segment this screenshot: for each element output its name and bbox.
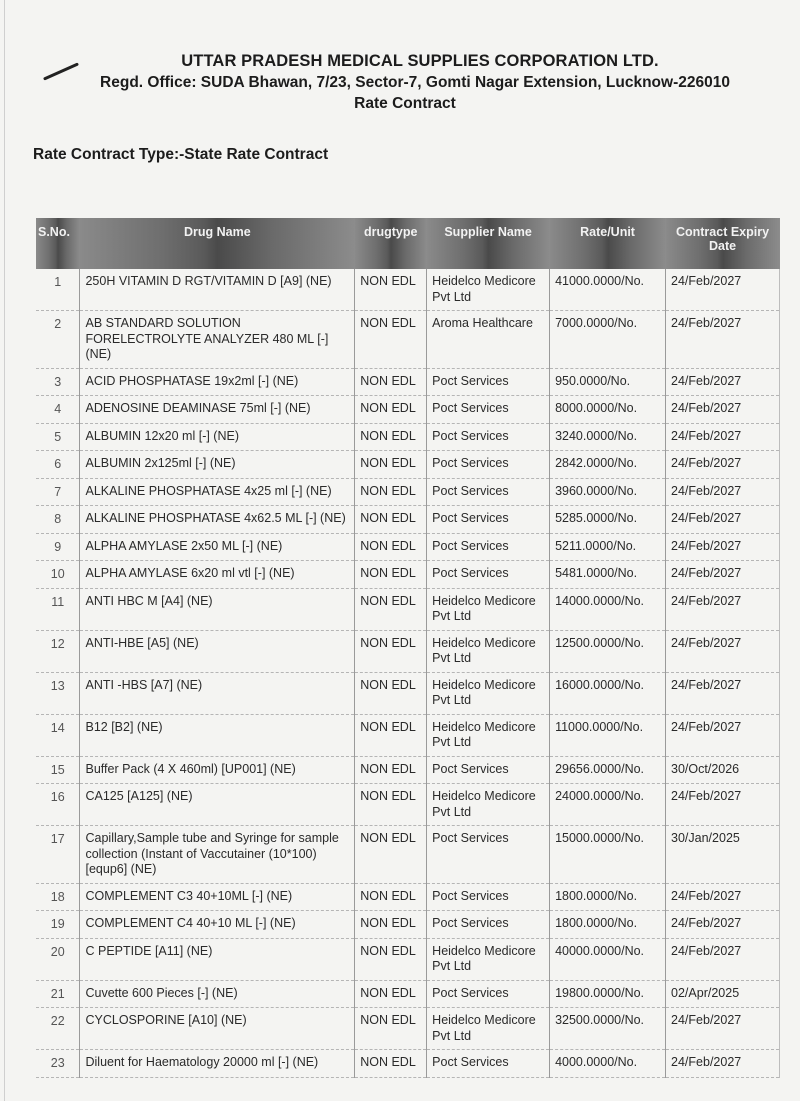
- cell-drugtype: NON EDL: [355, 506, 427, 534]
- cell-expiry: 24/Feb/2027: [666, 784, 780, 826]
- cell-supplier: Poct Services: [427, 1050, 550, 1078]
- cell-supplier: Heidelco Medicore Pvt Ltd: [427, 588, 550, 630]
- cell-expiry: 24/Feb/2027: [666, 368, 780, 396]
- cell-sno: 7: [36, 478, 80, 506]
- cell-drug-name: ANTI -HBS [A7] (NE): [80, 672, 355, 714]
- cell-supplier: Poct Services: [427, 533, 550, 561]
- cell-supplier: Heidelco Medicore Pvt Ltd: [427, 269, 550, 311]
- cell-rate: 8000.0000/No.: [550, 396, 666, 424]
- cell-drugtype: NON EDL: [355, 756, 427, 784]
- cell-drugtype: NON EDL: [355, 784, 427, 826]
- cell-supplier: Heidelco Medicore Pvt Ltd: [427, 714, 550, 756]
- cell-drug-name: ACID PHOSPHATASE 19x2ml [-] (NE): [80, 368, 355, 396]
- cell-expiry: 24/Feb/2027: [666, 630, 780, 672]
- cell-drug-name: ALBUMIN 12x20 ml [-] (NE): [80, 423, 355, 451]
- cell-drugtype: NON EDL: [355, 826, 427, 884]
- cell-supplier: Heidelco Medicore Pvt Ltd: [427, 938, 550, 980]
- cell-supplier: Aroma Healthcare: [427, 311, 550, 369]
- cell-expiry: 24/Feb/2027: [666, 269, 780, 311]
- cell-drugtype: NON EDL: [355, 588, 427, 630]
- table-row: 11ANTI HBC M [A4] (NE)NON EDLHeidelco Me…: [36, 588, 780, 630]
- cell-expiry: 24/Feb/2027: [666, 423, 780, 451]
- table-row: 6ALBUMIN 2x125ml [-] (NE)NON EDLPoct Ser…: [36, 451, 780, 479]
- cell-drug-name: 250H VITAMIN D RGT/VITAMIN D [A9] (NE): [80, 269, 355, 311]
- cell-expiry: 24/Feb/2027: [666, 561, 780, 589]
- cell-rate: 1800.0000/No.: [550, 911, 666, 939]
- cell-sno: 9: [36, 533, 80, 561]
- cell-supplier: Heidelco Medicore Pvt Ltd: [427, 672, 550, 714]
- cell-supplier: Poct Services: [427, 451, 550, 479]
- cell-sno: 12: [36, 630, 80, 672]
- cell-supplier: Poct Services: [427, 883, 550, 911]
- cell-sno: 3: [36, 368, 80, 396]
- cell-sno: 15: [36, 756, 80, 784]
- cell-supplier: Poct Services: [427, 506, 550, 534]
- table-row: 9ALPHA AMYLASE 2x50 ML [-] (NE)NON EDLPo…: [36, 533, 780, 561]
- table-row: 10ALPHA AMYLASE 6x20 ml vtl [-] (NE)NON …: [36, 561, 780, 589]
- cell-drug-name: Cuvette 600 Pieces [-] (NE): [80, 980, 355, 1008]
- cell-supplier: Heidelco Medicore Pvt Ltd: [427, 1008, 550, 1050]
- table-row: 7ALKALINE PHOSPHATASE 4x25 ml [-] (NE)NO…: [36, 478, 780, 506]
- cell-sno: 18: [36, 883, 80, 911]
- document-header: UTTAR PRADESH MEDICAL SUPPLIES CORPORATI…: [0, 52, 800, 113]
- cell-sno: 2: [36, 311, 80, 369]
- cell-rate: 16000.0000/No.: [550, 672, 666, 714]
- cell-rate: 950.0000/No.: [550, 368, 666, 396]
- document-title: Rate Contract: [10, 95, 800, 113]
- column-header-supplier: Supplier Name: [427, 218, 550, 269]
- cell-rate: 32500.0000/No.: [550, 1008, 666, 1050]
- cell-drug-name: Diluent for Haematology 20000 ml [-] (NE…: [80, 1050, 355, 1078]
- table-row: 3ACID PHOSPHATASE 19x2ml [-] (NE)NON EDL…: [36, 368, 780, 396]
- cell-drugtype: NON EDL: [355, 423, 427, 451]
- column-header-sno: S.No.: [36, 218, 80, 269]
- cell-sno: 20: [36, 938, 80, 980]
- cell-rate: 14000.0000/No.: [550, 588, 666, 630]
- cell-expiry: 24/Feb/2027: [666, 714, 780, 756]
- table-row: 17Capillary,Sample tube and Syringe for …: [36, 826, 780, 884]
- cell-expiry: 24/Feb/2027: [666, 478, 780, 506]
- cell-supplier: Poct Services: [427, 911, 550, 939]
- cell-rate: 15000.0000/No.: [550, 826, 666, 884]
- cell-rate: 24000.0000/No.: [550, 784, 666, 826]
- cell-rate: 4000.0000/No.: [550, 1050, 666, 1078]
- cell-sno: 23: [36, 1050, 80, 1078]
- contract-type: Rate Contract Type:-State Rate Contract: [33, 146, 328, 164]
- table-row: 2AB STANDARD SOLUTION FORELECTROLYTE ANA…: [36, 311, 780, 369]
- cell-rate: 7000.0000/No.: [550, 311, 666, 369]
- cell-expiry: 24/Feb/2027: [666, 451, 780, 479]
- cell-rate: 5285.0000/No.: [550, 506, 666, 534]
- cell-drug-name: Capillary,Sample tube and Syringe for sa…: [80, 826, 355, 884]
- cell-drug-name: ALBUMIN 2x125ml [-] (NE): [80, 451, 355, 479]
- table-row: 5ALBUMIN 12x20 ml [-] (NE)NON EDLPoct Se…: [36, 423, 780, 451]
- cell-drugtype: NON EDL: [355, 478, 427, 506]
- cell-drugtype: NON EDL: [355, 630, 427, 672]
- table-row: 12ANTI-HBE [A5] (NE)NON EDLHeidelco Medi…: [36, 630, 780, 672]
- cell-rate: 3240.0000/No.: [550, 423, 666, 451]
- cell-drug-name: ALPHA AMYLASE 2x50 ML [-] (NE): [80, 533, 355, 561]
- cell-drug-name: ANTI-HBE [A5] (NE): [80, 630, 355, 672]
- organization-name: UTTAR PRADESH MEDICAL SUPPLIES CORPORATI…: [40, 52, 800, 71]
- cell-drugtype: NON EDL: [355, 714, 427, 756]
- cell-expiry: 24/Feb/2027: [666, 311, 780, 369]
- cell-drug-name: CA125 [A125] (NE): [80, 784, 355, 826]
- cell-rate: 11000.0000/No.: [550, 714, 666, 756]
- cell-expiry: 24/Feb/2027: [666, 672, 780, 714]
- cell-rate: 3960.0000/No.: [550, 478, 666, 506]
- table-row: 23Diluent for Haematology 20000 ml [-] (…: [36, 1050, 780, 1078]
- cell-supplier: Poct Services: [427, 423, 550, 451]
- cell-sno: 21: [36, 980, 80, 1008]
- table-row: 13ANTI -HBS [A7] (NE)NON EDLHeidelco Med…: [36, 672, 780, 714]
- column-header-drug-name: Drug Name: [80, 218, 355, 269]
- table-row: 15Buffer Pack (4 X 460ml) [UP001] (NE)NO…: [36, 756, 780, 784]
- cell-rate: 40000.0000/No.: [550, 938, 666, 980]
- cell-supplier: Poct Services: [427, 396, 550, 424]
- cell-drugtype: NON EDL: [355, 451, 427, 479]
- cell-drugtype: NON EDL: [355, 980, 427, 1008]
- table-row: 4ADENOSINE DEAMINASE 75ml [-] (NE)NON ED…: [36, 396, 780, 424]
- cell-supplier: Poct Services: [427, 478, 550, 506]
- cell-drugtype: NON EDL: [355, 1008, 427, 1050]
- table-row: 14B12 [B2] (NE)NON EDLHeidelco Medicore …: [36, 714, 780, 756]
- cell-drug-name: COMPLEMENT C4 40+10 ML [-] (NE): [80, 911, 355, 939]
- cell-expiry: 24/Feb/2027: [666, 911, 780, 939]
- cell-drug-name: ADENOSINE DEAMINASE 75ml [-] (NE): [80, 396, 355, 424]
- cell-drugtype: NON EDL: [355, 269, 427, 311]
- cell-drugtype: NON EDL: [355, 1050, 427, 1078]
- cell-supplier: Poct Services: [427, 561, 550, 589]
- cell-drug-name: ANTI HBC M [A4] (NE): [80, 588, 355, 630]
- column-header-drugtype: drugtype: [355, 218, 427, 269]
- cell-sno: 17: [36, 826, 80, 884]
- cell-expiry: 30/Jan/2025: [666, 826, 780, 884]
- cell-rate: 41000.0000/No.: [550, 269, 666, 311]
- cell-expiry: 24/Feb/2027: [666, 1050, 780, 1078]
- cell-drugtype: NON EDL: [355, 938, 427, 980]
- cell-expiry: 24/Feb/2027: [666, 506, 780, 534]
- cell-drug-name: CYCLOSPORINE [A10] (NE): [80, 1008, 355, 1050]
- cell-rate: 5481.0000/No.: [550, 561, 666, 589]
- cell-drug-name: AB STANDARD SOLUTION FORELECTROLYTE ANAL…: [80, 311, 355, 369]
- cell-sno: 16: [36, 784, 80, 826]
- office-address: Regd. Office: SUDA Bhawan, 7/23, Sector-…: [30, 74, 800, 92]
- cell-expiry: 02/Apr/2025: [666, 980, 780, 1008]
- cell-sno: 13: [36, 672, 80, 714]
- cell-drugtype: NON EDL: [355, 396, 427, 424]
- cell-rate: 29656.0000/No.: [550, 756, 666, 784]
- cell-sno: 4: [36, 396, 80, 424]
- cell-rate: 12500.0000/No.: [550, 630, 666, 672]
- cell-expiry: 24/Feb/2027: [666, 1008, 780, 1050]
- cell-rate: 1800.0000/No.: [550, 883, 666, 911]
- cell-expiry: 30/Oct/2026: [666, 756, 780, 784]
- table-row: 16CA125 [A125] (NE)NON EDLHeidelco Medic…: [36, 784, 780, 826]
- cell-drugtype: NON EDL: [355, 883, 427, 911]
- table-row: 20C PEPTIDE [A11] (NE)NON EDLHeidelco Me…: [36, 938, 780, 980]
- cell-supplier: Poct Services: [427, 756, 550, 784]
- cell-sno: 22: [36, 1008, 80, 1050]
- table-header-row: S.No. Drug Name drugtype Supplier Name R…: [36, 218, 780, 269]
- cell-drug-name: ALPHA AMYLASE 6x20 ml vtl [-] (NE): [80, 561, 355, 589]
- table-row: 19COMPLEMENT C4 40+10 ML [-] (NE)NON EDL…: [36, 911, 780, 939]
- cell-drug-name: ALKALINE PHOSPHATASE 4x62.5 ML [-] (NE): [80, 506, 355, 534]
- cell-drug-name: ALKALINE PHOSPHATASE 4x25 ml [-] (NE): [80, 478, 355, 506]
- cell-drug-name: C PEPTIDE [A11] (NE): [80, 938, 355, 980]
- cell-sno: 14: [36, 714, 80, 756]
- cell-supplier: Poct Services: [427, 980, 550, 1008]
- cell-sno: 11: [36, 588, 80, 630]
- cell-sno: 5: [36, 423, 80, 451]
- cell-sno: 19: [36, 911, 80, 939]
- cell-sno: 10: [36, 561, 80, 589]
- cell-drugtype: NON EDL: [355, 311, 427, 369]
- table-row: 18COMPLEMENT C3 40+10ML [-] (NE)NON EDLP…: [36, 883, 780, 911]
- cell-expiry: 24/Feb/2027: [666, 588, 780, 630]
- cell-supplier: Heidelco Medicore Pvt Ltd: [427, 630, 550, 672]
- cell-drugtype: NON EDL: [355, 672, 427, 714]
- cell-rate: 2842.0000/No.: [550, 451, 666, 479]
- cell-rate: 19800.0000/No.: [550, 980, 666, 1008]
- cell-expiry: 24/Feb/2027: [666, 938, 780, 980]
- cell-drugtype: NON EDL: [355, 561, 427, 589]
- table-row: 8ALKALINE PHOSPHATASE 4x62.5 ML [-] (NE)…: [36, 506, 780, 534]
- cell-drug-name: Buffer Pack (4 X 460ml) [UP001] (NE): [80, 756, 355, 784]
- cell-sno: 8: [36, 506, 80, 534]
- cell-drug-name: B12 [B2] (NE): [80, 714, 355, 756]
- cell-drugtype: NON EDL: [355, 533, 427, 561]
- cell-expiry: 24/Feb/2027: [666, 533, 780, 561]
- cell-supplier: Poct Services: [427, 826, 550, 884]
- column-header-expiry: Contract Expiry Date: [666, 218, 780, 269]
- cell-sno: 6: [36, 451, 80, 479]
- cell-rate: 5211.0000/No.: [550, 533, 666, 561]
- table-row: 22CYCLOSPORINE [A10] (NE)NON EDLHeidelco…: [36, 1008, 780, 1050]
- table-row: 21Cuvette 600 Pieces [-] (NE)NON EDLPoct…: [36, 980, 780, 1008]
- column-header-rate: Rate/Unit: [550, 218, 666, 269]
- cell-supplier: Heidelco Medicore Pvt Ltd: [427, 784, 550, 826]
- cell-expiry: 24/Feb/2027: [666, 883, 780, 911]
- cell-supplier: Poct Services: [427, 368, 550, 396]
- cell-drugtype: NON EDL: [355, 911, 427, 939]
- page-edge: [4, 0, 5, 1101]
- cell-drugtype: NON EDL: [355, 368, 427, 396]
- cell-drug-name: COMPLEMENT C3 40+10ML [-] (NE): [80, 883, 355, 911]
- cell-sno: 1: [36, 269, 80, 311]
- table-row: 1250H VITAMIN D RGT/VITAMIN D [A9] (NE)N…: [36, 269, 780, 311]
- rate-contract-table: S.No. Drug Name drugtype Supplier Name R…: [36, 218, 780, 1078]
- cell-expiry: 24/Feb/2027: [666, 396, 780, 424]
